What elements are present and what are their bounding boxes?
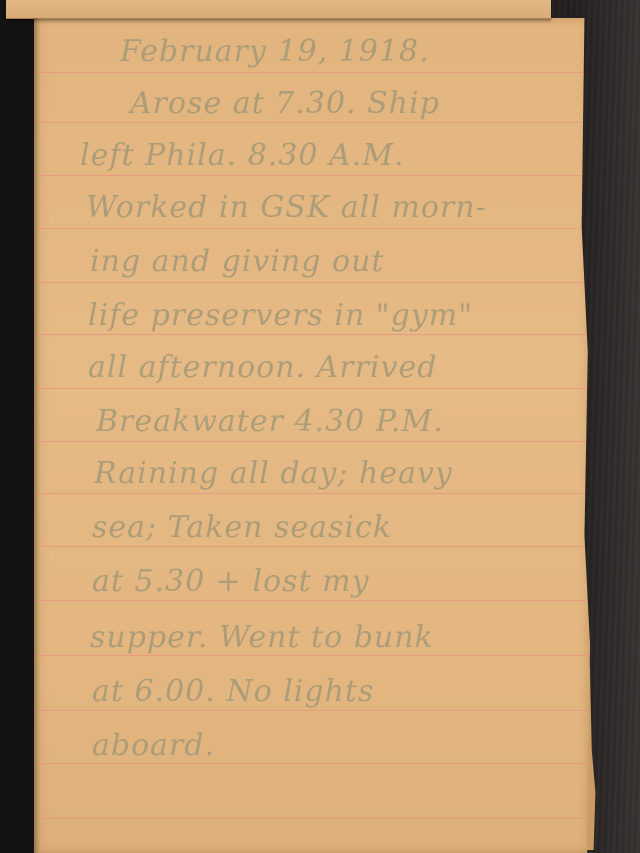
rule-line — [34, 600, 590, 601]
rule-line — [34, 72, 590, 73]
entry-line-9: sea; Taken seasick — [92, 510, 392, 545]
entry-line-5: life preservers in "gym" — [88, 298, 473, 333]
entry-line-7: Breakwater 4.30 P.M. — [96, 404, 444, 439]
rule-line — [34, 710, 590, 711]
entry-line-13: aboard. — [92, 728, 215, 763]
dark-edge — [0, 0, 34, 853]
entry-line-8: Raining all day; heavy — [94, 456, 453, 491]
rule-line — [34, 228, 590, 229]
entry-line-6: all afternoon. Arrived — [88, 350, 437, 385]
rule-line — [34, 334, 590, 335]
rule-line — [34, 388, 590, 389]
entry-line-11: supper. Went to bunk — [90, 620, 434, 655]
rule-line — [34, 546, 590, 547]
rule-line — [34, 655, 590, 656]
entry-line-1: Arose at 7.30. Ship — [130, 86, 440, 121]
diary-page: February 19, 1918. Arose at 7.30. Ship l… — [34, 18, 590, 853]
rule-line — [34, 122, 590, 123]
entry-line-4: ing and giving out — [90, 244, 384, 279]
rule-line — [34, 282, 590, 283]
previous-page-edge — [6, 0, 551, 19]
entry-date: February 19, 1918. — [120, 34, 430, 69]
entry-line-10: at 5.30 + lost my — [92, 564, 370, 599]
entry-line-2: left Phila. 8.30 A.M. — [80, 138, 405, 173]
rule-line — [34, 493, 590, 494]
rule-line — [34, 175, 590, 176]
rule-line — [34, 441, 590, 442]
entry-line-3: Worked in GSK all morn- — [86, 190, 487, 225]
binding-shadow — [34, 18, 40, 853]
entry-line-12: at 6.00. No lights — [92, 674, 374, 709]
rule-line — [34, 818, 590, 819]
rule-line — [34, 763, 590, 764]
